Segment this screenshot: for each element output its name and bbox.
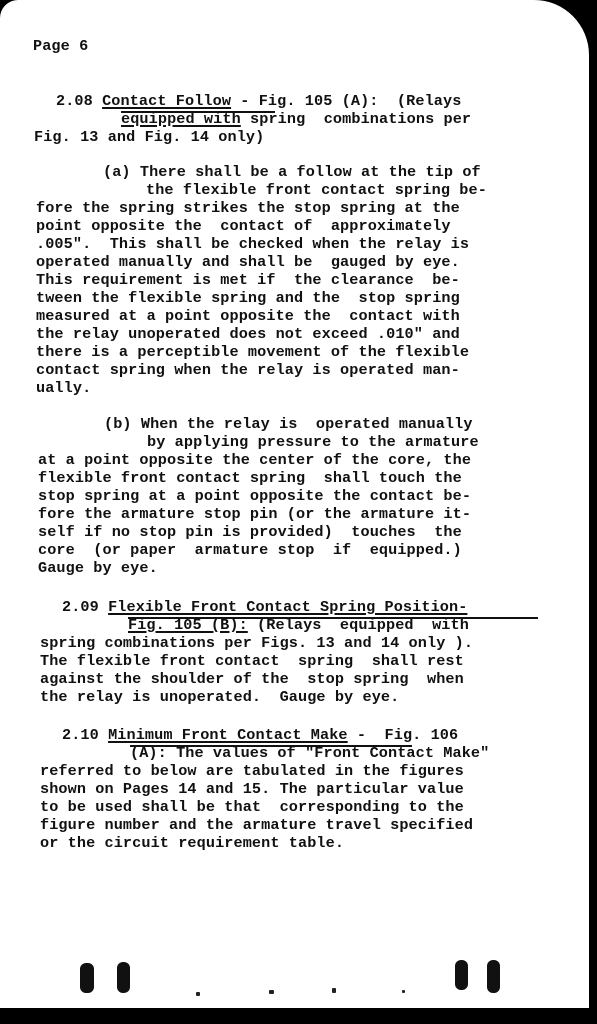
line-text: 2.10 <box>62 726 108 744</box>
text-line: Gauge by eye. <box>38 559 158 577</box>
text-line: 2.10 Minimum Front Contact Make - Fig. 1… <box>62 726 458 744</box>
text-line: shown on Pages 14 and 15. The particular… <box>40 780 464 798</box>
line-text: Fig. 13 and Fig. 14 only) <box>34 128 264 146</box>
text-line: the relay is unoperated. Gauge by eye. <box>40 688 399 706</box>
text-line: measured at a point opposite the contact… <box>36 307 460 325</box>
binder-hole-icon <box>455 960 468 990</box>
line-text: self if no stop pin is provided) touches… <box>38 523 462 541</box>
text-line: contact spring when the relay is operate… <box>36 361 460 379</box>
line-text: operated manually and shall be gauged by… <box>36 253 460 271</box>
title-rule <box>121 111 275 113</box>
line-text: measured at a point opposite the contact… <box>36 307 460 325</box>
line-text: referred to below are tabulated in the f… <box>40 762 464 780</box>
line-text: .005". This shall be checked when the re… <box>36 235 469 253</box>
line-text: - Fig. 106 <box>348 726 459 744</box>
document-page: Page 6 2.08 Contact Follow - Fig. 105 (A… <box>0 0 589 1008</box>
line-text: spring combinations per <box>241 110 471 128</box>
text-line: (a) There shall be a follow at the tip o… <box>103 163 481 181</box>
line-text: Gauge by eye. <box>38 559 158 577</box>
speck <box>269 990 274 994</box>
text-line: figure number and the armature travel sp… <box>40 816 473 834</box>
section-title: Contact Follow <box>102 92 231 110</box>
line-text: figure number and the armature travel sp… <box>40 816 473 834</box>
speck <box>332 988 336 993</box>
line-text: at a point opposite the center of the co… <box>38 451 471 469</box>
text-line: flexible front contact spring shall touc… <box>38 469 462 487</box>
speck <box>196 992 200 996</box>
text-line: point opposite the contact of approximat… <box>36 217 451 235</box>
text-line: or the circuit requirement table. <box>40 834 344 852</box>
text-line: ually. <box>36 379 91 397</box>
text-line: The flexible front contact spring shall … <box>40 652 464 670</box>
text-line: fore the armature stop pin (or the armat… <box>38 505 471 523</box>
text-line: the flexible front contact spring be- <box>146 181 487 199</box>
text-line: by applying pressure to the armature <box>147 433 479 451</box>
line-text: (a) There shall be a follow at the tip o… <box>103 163 481 181</box>
line-text: by applying pressure to the armature <box>147 433 479 451</box>
text-line: .005". This shall be checked when the re… <box>36 235 469 253</box>
binder-hole-icon <box>117 962 130 993</box>
speck <box>402 990 405 993</box>
line-text: - Fig. 105 (A): (Relays <box>231 92 461 110</box>
text-line: core (or paper armature stop if equipped… <box>38 541 462 559</box>
title-rule <box>128 617 538 619</box>
line-text: 2.08 <box>56 92 102 110</box>
line-text: the relay unoperated does not exceed .01… <box>36 325 460 343</box>
line-text: fore the armature stop pin (or the armat… <box>38 505 471 523</box>
line-text: (b) When the relay is operated manually <box>104 415 473 433</box>
text-line: This requirement is met if the clearance… <box>36 271 460 289</box>
line-text: The flexible front contact spring shall … <box>40 652 464 670</box>
line-text: the flexible front contact spring be- <box>146 181 487 199</box>
text-line: the relay unoperated does not exceed .01… <box>36 325 460 343</box>
section-title: Minimum Front Contact Make <box>108 726 348 744</box>
line-text: fore the spring strikes the stop spring … <box>36 199 460 217</box>
text-line: there is a perceptible movement of the f… <box>36 343 469 361</box>
line-text: tween the flexible spring and the stop s… <box>36 289 460 307</box>
line-text: This requirement is met if the clearance… <box>36 271 460 289</box>
binder-hole-icon <box>487 960 500 993</box>
line-text: to be used shall be that corresponding t… <box>40 798 464 816</box>
text-line: 2.09 Flexible Front Contact Spring Posit… <box>62 598 467 616</box>
text-line: fore the spring strikes the stop spring … <box>36 199 460 217</box>
text-line: Fig. 13 and Fig. 14 only) <box>34 128 264 146</box>
text-line: 2.08 Contact Follow - Fig. 105 (A): (Rel… <box>56 92 461 110</box>
text-line: referred to below are tabulated in the f… <box>40 762 464 780</box>
line-text: stop spring at a point opposite the cont… <box>38 487 471 505</box>
text-line: (b) When the relay is operated manually <box>104 415 473 433</box>
text-line: self if no stop pin is provided) touches… <box>38 523 462 541</box>
line-text: or the circuit requirement table. <box>40 834 344 852</box>
text-line: tween the flexible spring and the stop s… <box>36 289 460 307</box>
page-header: Page 6 <box>33 37 88 55</box>
text-line: against the shoulder of the stop spring … <box>40 670 464 688</box>
line-text: against the shoulder of the stop spring … <box>40 670 464 688</box>
title-rule <box>130 745 412 747</box>
text-line: stop spring at a point opposite the cont… <box>38 487 471 505</box>
line-text: ually. <box>36 379 91 397</box>
line-text: contact spring when the relay is operate… <box>36 361 460 379</box>
section-title: Flexible Front Contact Spring Position- <box>108 598 467 616</box>
line-text: shown on Pages 14 and 15. The particular… <box>40 780 464 798</box>
text-line: to be used shall be that corresponding t… <box>40 798 464 816</box>
line-text: flexible front contact spring shall touc… <box>38 469 462 487</box>
line-text: point opposite the contact of approximat… <box>36 217 451 235</box>
line-text: there is a perceptible movement of the f… <box>36 343 469 361</box>
text-line: at a point opposite the center of the co… <box>38 451 471 469</box>
line-text: 2.09 <box>62 598 108 616</box>
line-text: spring combinations per Figs. 13 and 14 … <box>40 634 473 652</box>
text-line: spring combinations per Figs. 13 and 14 … <box>40 634 473 652</box>
line-text: the relay is unoperated. Gauge by eye. <box>40 688 399 706</box>
text-line: operated manually and shall be gauged by… <box>36 253 460 271</box>
line-text: core (or paper armature stop if equipped… <box>38 541 462 559</box>
binder-hole-icon <box>80 963 94 993</box>
